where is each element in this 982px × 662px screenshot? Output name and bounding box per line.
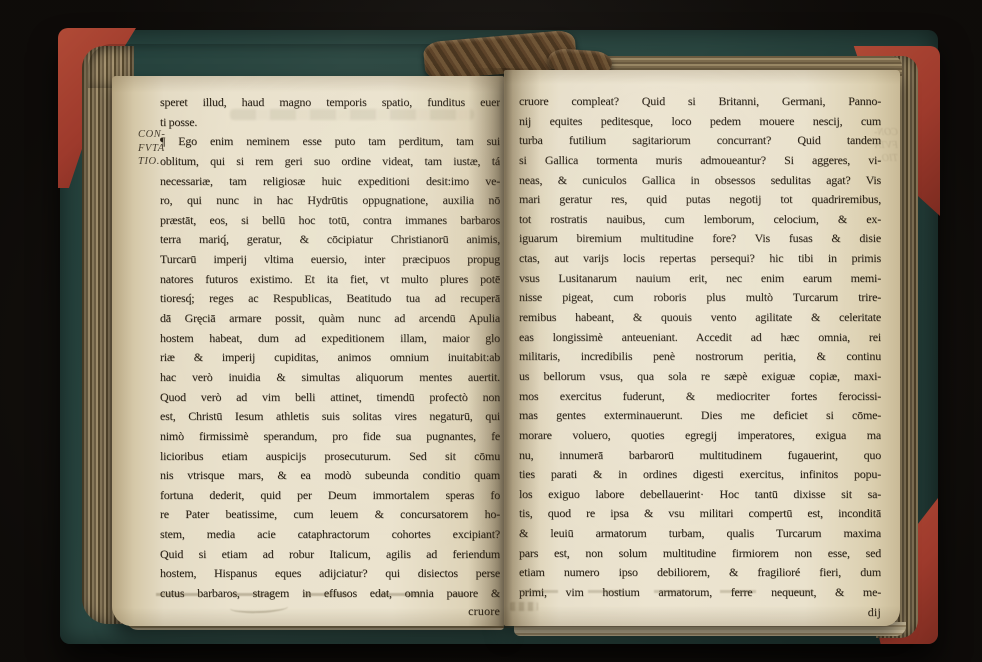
margin-note-confutatio: CON-FVTATIO. (138, 128, 182, 169)
faint-folio-mark (510, 602, 538, 611)
ink-setoff-smudge (230, 109, 474, 120)
bleedthrough-margin-note: CON-FVTATIO. (850, 126, 898, 165)
left-page-text: speret illud, haud magno temporis spatio… (160, 93, 500, 604)
setoff-underline-marks (156, 593, 466, 596)
right-page-catchword: dij (519, 605, 881, 620)
right-page: cruore compleat? Quid si Britanni, Germa… (504, 70, 900, 626)
left-page: CON-FVTATIO. speret illud, haud magno te… (112, 76, 504, 626)
left-page-catchword: cruore (160, 604, 500, 619)
faint-handwriting-mark (230, 601, 288, 614)
setoff-underline-marks-right (522, 590, 812, 593)
right-page-text: cruore compleat? Quid si Britanni, Germa… (519, 92, 881, 603)
book-photograph: CON-FVTATIO. speret illud, haud magno te… (0, 0, 982, 662)
